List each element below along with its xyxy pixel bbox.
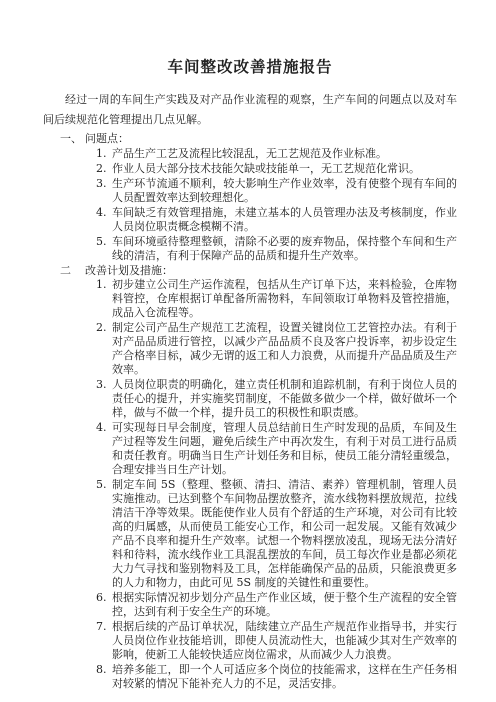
list-item: 2. 制定公司产品生产规范工艺流程，设置关键岗位工艺管控办法。有利于对产品品质进… (43, 321, 457, 377)
list-item-number: 8. (96, 663, 107, 677)
list-item-text: 可实现每日早会制度，管理人员总结前日生产时发现的品质，车间及生产过程等发生问题，… (112, 421, 457, 476)
list-item: 4. 车间缺乏有效管理措施，未建立基本的人员管理办法及考核制度，作业人员岗位职责… (43, 206, 457, 234)
list-item-number: 1. (96, 278, 107, 292)
list-item-number: 3. (96, 177, 107, 191)
section-heading-label: 改善计划及措施： (85, 264, 457, 279)
list-item: 8. 培养多能工，即一个人可适应多个岗位的技能需求，这样在生产任务相对较紧的情况… (43, 663, 457, 691)
list-item-number: 3. (96, 378, 107, 392)
improvement-list: 1. 初步建立公司生产运作流程，包括从生产订单下达，来料检验，仓库物料管控，仓库… (43, 278, 457, 691)
list-item: 6. 根据实际情况初步划分产品生产作业区域，便于整个生产流程的安全管控，达到有利… (43, 591, 457, 619)
list-item-text: 人员岗位职责的明确化，建立责任机制和追踪机制，有利于岗位人员的责任心的提升，并实… (112, 378, 457, 419)
list-item-text: 初步建立公司生产运作流程，包括从生产订单下达，来料检验，仓库物料管控，仓库根据订… (112, 278, 457, 319)
list-item-text: 根据后续的产品订单状况，陆续建立产品生产规范作业指导书，并实行人员岗位作业技能培… (112, 620, 457, 661)
list-item: 1. 初步建立公司生产运作流程，包括从生产订单下达，来料检验，仓库物料管控，仓库… (43, 278, 457, 320)
document-title: 车间整改改善措施报告 (43, 57, 457, 77)
list-item-text: 培养多能工，即一个人可适应多个岗位的技能需求，这样在生产任务相对较紧的情况下能补… (112, 663, 457, 690)
section-numeral: 二 (60, 264, 85, 279)
list-item-text: 车间环境亟待整理整顿，清除不必要的废弃物品，保持整个车间和生产线的清洁，有利于保… (112, 235, 457, 262)
list-item-text: 根据实际情况初步划分产品生产作业区域，便于整个生产流程的安全管控，达到有利于安全… (112, 591, 457, 618)
section-heading-label: 问题点： (85, 132, 457, 147)
list-item-number: 6. (96, 591, 107, 605)
list-item: 3. 生产环节流通不顺利，较大影响生产作业效率，没有使整个现有车间的人员配置效率… (43, 177, 457, 205)
list-item-text: 车间缺乏有效管理措施，未建立基本的人员管理办法及考核制度，作业人员岗位职责概念模… (112, 206, 457, 233)
list-item-text: 制定车间 5S（整理、整顿、清扫、清洁、素养）管理机制，管理人员实施推动。已达到… (112, 478, 457, 589)
list-item: 4. 可实现每日早会制度，管理人员总结前日生产时发现的品质，车间及生产过程等发生… (43, 421, 457, 477)
list-item-text: 作业人员大部分技术技能欠缺或技能单一，无工艺规范化常识。 (112, 162, 420, 175)
list-item-number: 7. (96, 620, 107, 634)
list-item-number: 5. (96, 235, 107, 249)
section-problems: 一、 问题点： 1. 产品生产工艺及流程比较混乱，无工艺规范及作业标准。 2. … (43, 132, 457, 263)
intro-paragraph: 经过一周的车间生产实践及对产品作业流程的观察，生产车间的问题点以及对车间后续规范… (43, 90, 457, 130)
section-heading: 二 改善计划及措施： (43, 264, 457, 279)
list-item: 7. 根据后续的产品订单状况，陆续建立产品生产规范作业指导书，并实行人员岗位作业… (43, 620, 457, 662)
list-item-number: 4. (96, 206, 107, 220)
list-item: 5. 制定车间 5S（整理、整顿、清扫、清洁、素养）管理机制，管理人员实施推动。… (43, 478, 457, 590)
list-item-text: 生产环节流通不顺利，较大影响生产作业效率，没有使整个现有车间的人员配置效率达到较… (112, 177, 457, 204)
list-item-number: 2. (96, 162, 107, 176)
list-item-number: 1. (96, 147, 107, 161)
document-page: 车间整改改善措施报告 经过一周的车间生产实践及对产品作业流程的观察，生产车间的问… (0, 0, 496, 702)
section-heading: 一、 问题点： (43, 132, 457, 147)
section-improvements: 二 改善计划及措施： 1. 初步建立公司生产运作流程，包括从生产订单下达，来料检… (43, 264, 457, 692)
list-item-number: 2. (96, 321, 107, 335)
list-item-text: 制定公司产品生产规范工艺流程，设置关键岗位工艺管控办法。有利于对产品品质进行管控… (112, 321, 457, 376)
list-item: 5. 车间环境亟待整理整顿，清除不必要的废弃物品，保持整个车间和生产线的清洁，有… (43, 235, 457, 263)
list-item-number: 5. (96, 478, 107, 492)
problem-list: 1. 产品生产工艺及流程比较混乱，无工艺规范及作业标准。 2. 作业人员大部分技… (43, 147, 457, 263)
list-item: 2. 作业人员大部分技术技能欠缺或技能单一，无工艺规范化常识。 (43, 162, 457, 176)
list-item-text: 产品生产工艺及流程比较混乱，无工艺规范及作业标准。 (112, 147, 387, 160)
section-numeral: 一、 (60, 132, 85, 147)
list-item: 3. 人员岗位职责的明确化，建立责任机制和追踪机制，有利于岗位人员的责任心的提升… (43, 378, 457, 420)
list-item-number: 4. (96, 421, 107, 435)
list-item: 1. 产品生产工艺及流程比较混乱，无工艺规范及作业标准。 (43, 147, 457, 161)
